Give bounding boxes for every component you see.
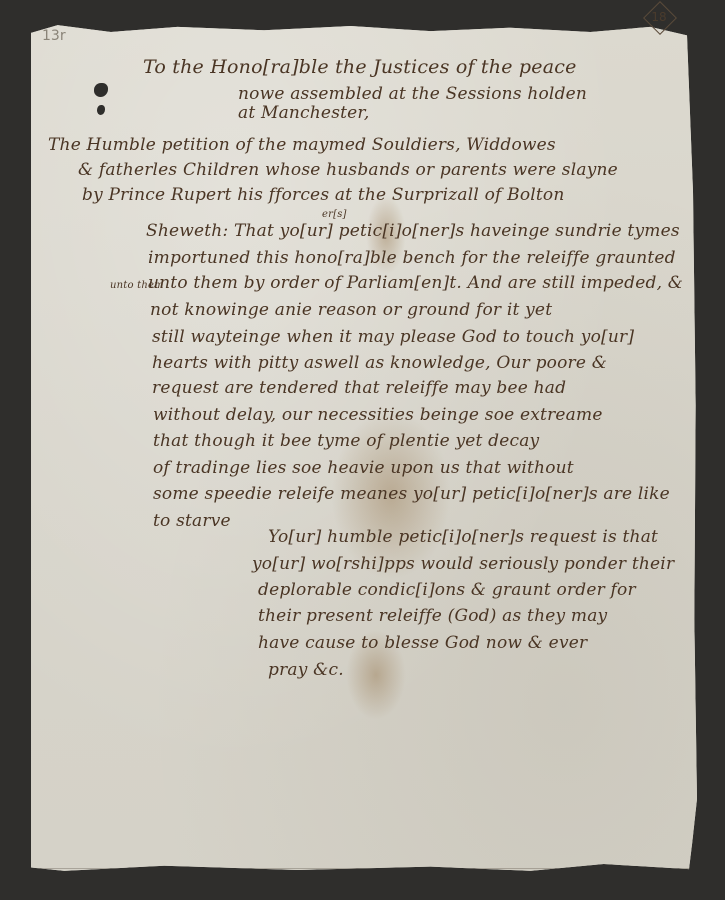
- prayer-line-5: have cause to blesse God now & ever: [258, 633, 587, 653]
- prayer-line-2: yo[ur] wo[rshi]pps would seriously ponde…: [252, 554, 674, 574]
- body-line-3: unto them by order of Parliam[en]t. And …: [148, 273, 683, 293]
- body-line-4: not knowinge anie reason or ground for i…: [150, 300, 552, 320]
- body-line-1: Sheweth: That yo[ur] petic[i]o[ner]s hav…: [146, 221, 680, 241]
- paper-hole-1: [94, 83, 108, 97]
- prayer-line-6: pray &c.: [268, 660, 344, 680]
- body-line-8: without delay, our necessities beinge so…: [153, 405, 603, 425]
- body-line-10: of tradinge lies soe heavie upon us that…: [153, 458, 574, 478]
- paper-hole-2: [97, 105, 105, 115]
- prayer-line-1: Yo[ur] humble petic[i]o[ner]s request is…: [268, 527, 658, 547]
- prayer-line-4: their present releiffe (God) as they may: [258, 606, 607, 626]
- heading-line-3: by Prince Rupert his fforces at the Surp…: [82, 185, 565, 205]
- heading-line-1: The Humble petition of the maymed Souldi…: [48, 135, 556, 155]
- body-line-9: that though it bee tyme of plentie yet d…: [153, 431, 539, 451]
- body-line-7: request are tendered that releiffe may b…: [152, 378, 566, 398]
- address-line-2: nowe assembled at the Sessions holden: [238, 84, 587, 104]
- address-line-3: at Manchester,: [238, 103, 369, 123]
- folio-number: 18: [649, 10, 669, 24]
- body-line-11: some speedie releife meanes yo[ur] petic…: [153, 484, 670, 504]
- address-line-1: To the Hono[ra]ble the Justices of the p…: [143, 56, 577, 78]
- body-line-2: importuned this hono[ra]ble bench for th…: [148, 248, 676, 268]
- fold-line: [31, 868, 697, 869]
- body-line-12: to starve: [153, 511, 231, 531]
- heading-line-2: & fatherles Children whose husbands or p…: [78, 160, 618, 180]
- pencil-foliation-mark: 13r: [42, 28, 66, 44]
- body-line-5: still wayteinge when it may please God t…: [152, 327, 634, 347]
- interlineation-above: er[s]: [322, 209, 347, 220]
- prayer-line-3: deplorable condic[i]ons & graunt order f…: [258, 580, 636, 600]
- body-line-6: hearts with pitty aswell as knowledge, O…: [152, 353, 607, 373]
